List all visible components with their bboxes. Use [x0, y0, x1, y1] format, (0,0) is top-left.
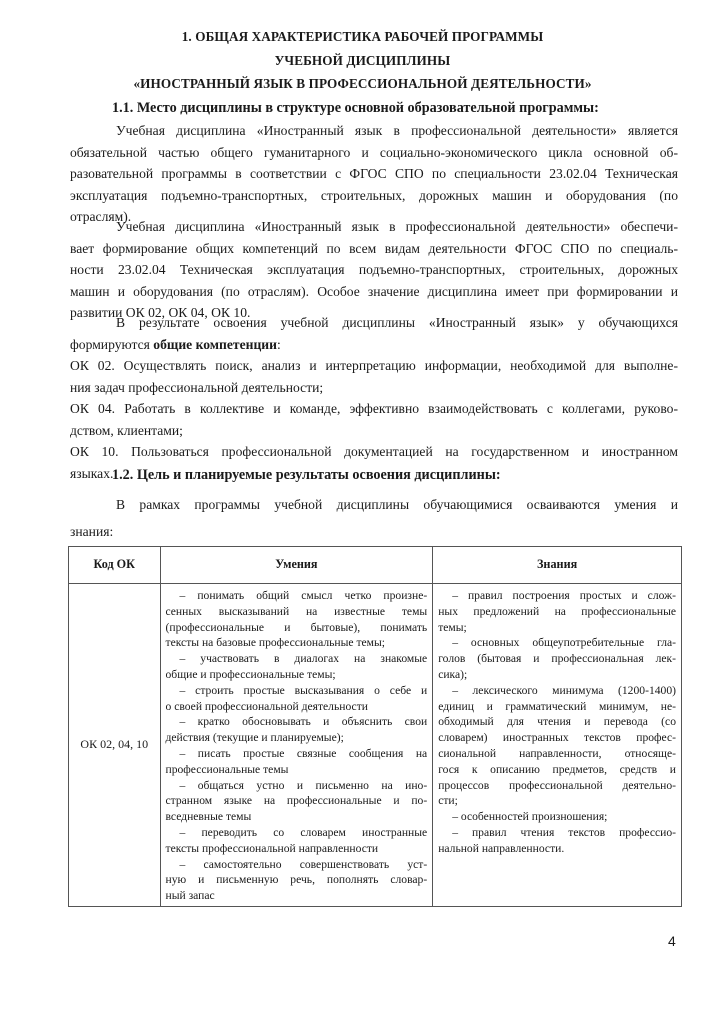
paragraph-line: разовательной программы в соответствии с…	[70, 163, 678, 185]
skill-line: (профессиональные и бытовые), понимать	[166, 620, 428, 636]
competency-table: Код ОК Умения Знания ОК 02, 04, 10 – пон…	[68, 546, 682, 907]
skill-line: действия (текущие и планируемые);	[166, 730, 428, 746]
cell-code: ОК 02, 04, 10	[69, 584, 161, 907]
para3-line1: В результате освоения учебной дисциплины…	[116, 315, 678, 330]
competencies-list: ОК 02. Осуществлять поиск, анализ и инте…	[70, 355, 678, 484]
page-number: 4	[668, 933, 676, 949]
knowledge-line: обходимый для чтения и перевода (со	[438, 714, 676, 730]
skill-line: профессиональные темы	[166, 762, 428, 778]
skill-line: о своей профессиональной деятельности	[166, 699, 428, 715]
skill-line: сенных высказываний на известные темы	[166, 604, 428, 620]
header-skills: Умения	[160, 547, 433, 584]
cell-skills: – понимать общий смысл четко произне-сен…	[160, 584, 433, 907]
header-knowledge: Знания	[433, 547, 682, 584]
skill-line: общие и профессиональные темы;	[166, 667, 428, 683]
competency-line: ния задач профессиональной деятельности;	[70, 377, 678, 399]
skill-line: – самостоятельно совершенствовать уст-	[166, 857, 428, 873]
para3-prefix: формируются	[70, 337, 153, 352]
cell-knowledge: – правил построения простых и слож-ных п…	[433, 584, 682, 907]
knowledge-line: сти;	[438, 793, 676, 809]
intro-line2: знания:	[70, 518, 678, 545]
paragraph-line: обязательной частью общего гуманитарного…	[70, 142, 678, 164]
section-1-1-paragraph-3: В результате освоения учебной дисциплины…	[70, 312, 678, 355]
paragraph-line: машин и оборудования (по отраслям). Особ…	[70, 281, 678, 303]
skill-line: – участвовать в диалогах на знакомые	[166, 651, 428, 667]
paragraph-line: Учебная дисциплина «Иностранный язык в п…	[70, 216, 678, 238]
skill-line: – писать простые связные сообщения на	[166, 746, 428, 762]
skill-line: – понимать общий смысл четко произне-	[166, 588, 428, 604]
title-line-1: 1. ОБЩАЯ ХАРАКТЕРИСТИКА РАБОЧЕЙ ПРОГРАММ…	[0, 29, 725, 45]
title-line-2: УЧЕБНОЙ ДИСЦИПЛИНЫ	[0, 53, 725, 69]
skill-line: – строить простые высказывания о себе и	[166, 683, 428, 699]
table-row: ОК 02, 04, 10 – понимать общий смысл чет…	[69, 584, 682, 907]
skill-line: – общаться устно и письменно на ино-	[166, 778, 428, 794]
knowledge-line: – правил построения простых и слож-	[438, 588, 676, 604]
table-header-row: Код ОК Умения Знания	[69, 547, 682, 584]
skill-line: ный запас	[166, 888, 428, 904]
section-1-2-intro: В рамках программы учебной дисциплины об…	[70, 491, 678, 545]
section-1-1-heading: 1.1. Место дисциплины в структуре основн…	[112, 100, 599, 117]
paragraph-line: эксплуатация подъемно-транспортных, стро…	[70, 185, 678, 207]
skill-line: – переводить со словарем иностранные	[166, 825, 428, 841]
skill-line: тексты на базовые профессиональные темы;	[166, 635, 428, 651]
paragraph-line: вает формирование общих компетенций по в…	[70, 238, 678, 260]
competency-line: ОК 10. Пользоваться профессиональной док…	[70, 441, 678, 463]
competency-line: дством, клиентами;	[70, 420, 678, 442]
section-1-1-paragraph-1: Учебная дисциплина «Иностранный язык в п…	[70, 120, 678, 228]
knowledge-line: – лексического минимума (1200-1400)	[438, 683, 676, 699]
knowledge-line: гося к описанию предметов, средств и	[438, 762, 676, 778]
knowledge-line: – основных общеупотребительные гла-	[438, 635, 676, 651]
knowledge-line: процессов профессиональной деятельно-	[438, 778, 676, 794]
knowledge-line: нальной направленности.	[438, 841, 676, 857]
skill-line: ную и письменную речь, пополнять словар-	[166, 872, 428, 888]
header-code: Код ОК	[69, 547, 161, 584]
skill-line: вседневные темы	[166, 809, 428, 825]
general-competencies-label: общие компетенции	[153, 337, 277, 352]
knowledge-line: темы;	[438, 620, 676, 636]
knowledge-line: сиональной направленности, относяще-	[438, 746, 676, 762]
knowledge-line: голов (бытовая и профессиональная лек-	[438, 651, 676, 667]
knowledge-line: единиц и грамматический минимум, не-	[438, 699, 676, 715]
document-page: 1. ОБЩАЯ ХАРАКТЕРИСТИКА РАБОЧЕЙ ПРОГРАММ…	[0, 0, 725, 1024]
skill-line: тексты профессиональной направленности	[166, 841, 428, 857]
intro-line1: В рамках программы учебной дисциплины об…	[116, 497, 678, 512]
skill-line: – кратко обосновывать и объяснить свои	[166, 714, 428, 730]
competency-line: ОК 04. Работать в коллективе и команде, …	[70, 398, 678, 420]
competency-line: ОК 02. Осуществлять поиск, анализ и инте…	[70, 355, 678, 377]
para3-suffix: :	[277, 337, 281, 352]
knowledge-line: ных предложений на профессиональные	[438, 604, 676, 620]
knowledge-line: словарем) иностранных текстов профес-	[438, 730, 676, 746]
paragraph-line: ности 23.02.04 Техническая эксплуатация …	[70, 259, 678, 281]
knowledge-line: – особенностей произношения;	[438, 809, 676, 825]
section-1-1-paragraph-2: Учебная дисциплина «Иностранный язык в п…	[70, 216, 678, 324]
paragraph-line: Учебная дисциплина «Иностранный язык в п…	[70, 120, 678, 142]
knowledge-line: сика);	[438, 667, 676, 683]
section-1-2-heading: 1.2. Цель и планируемые результаты освое…	[112, 467, 501, 484]
knowledge-line: – правил чтения текстов профессио-	[438, 825, 676, 841]
title-line-3: «ИНОСТРАННЫЙ ЯЗЫК В ПРОФЕССИОНАЛЬНОЙ ДЕЯ…	[0, 76, 725, 92]
skill-line: странном языке на профессиональные и по-	[166, 793, 428, 809]
